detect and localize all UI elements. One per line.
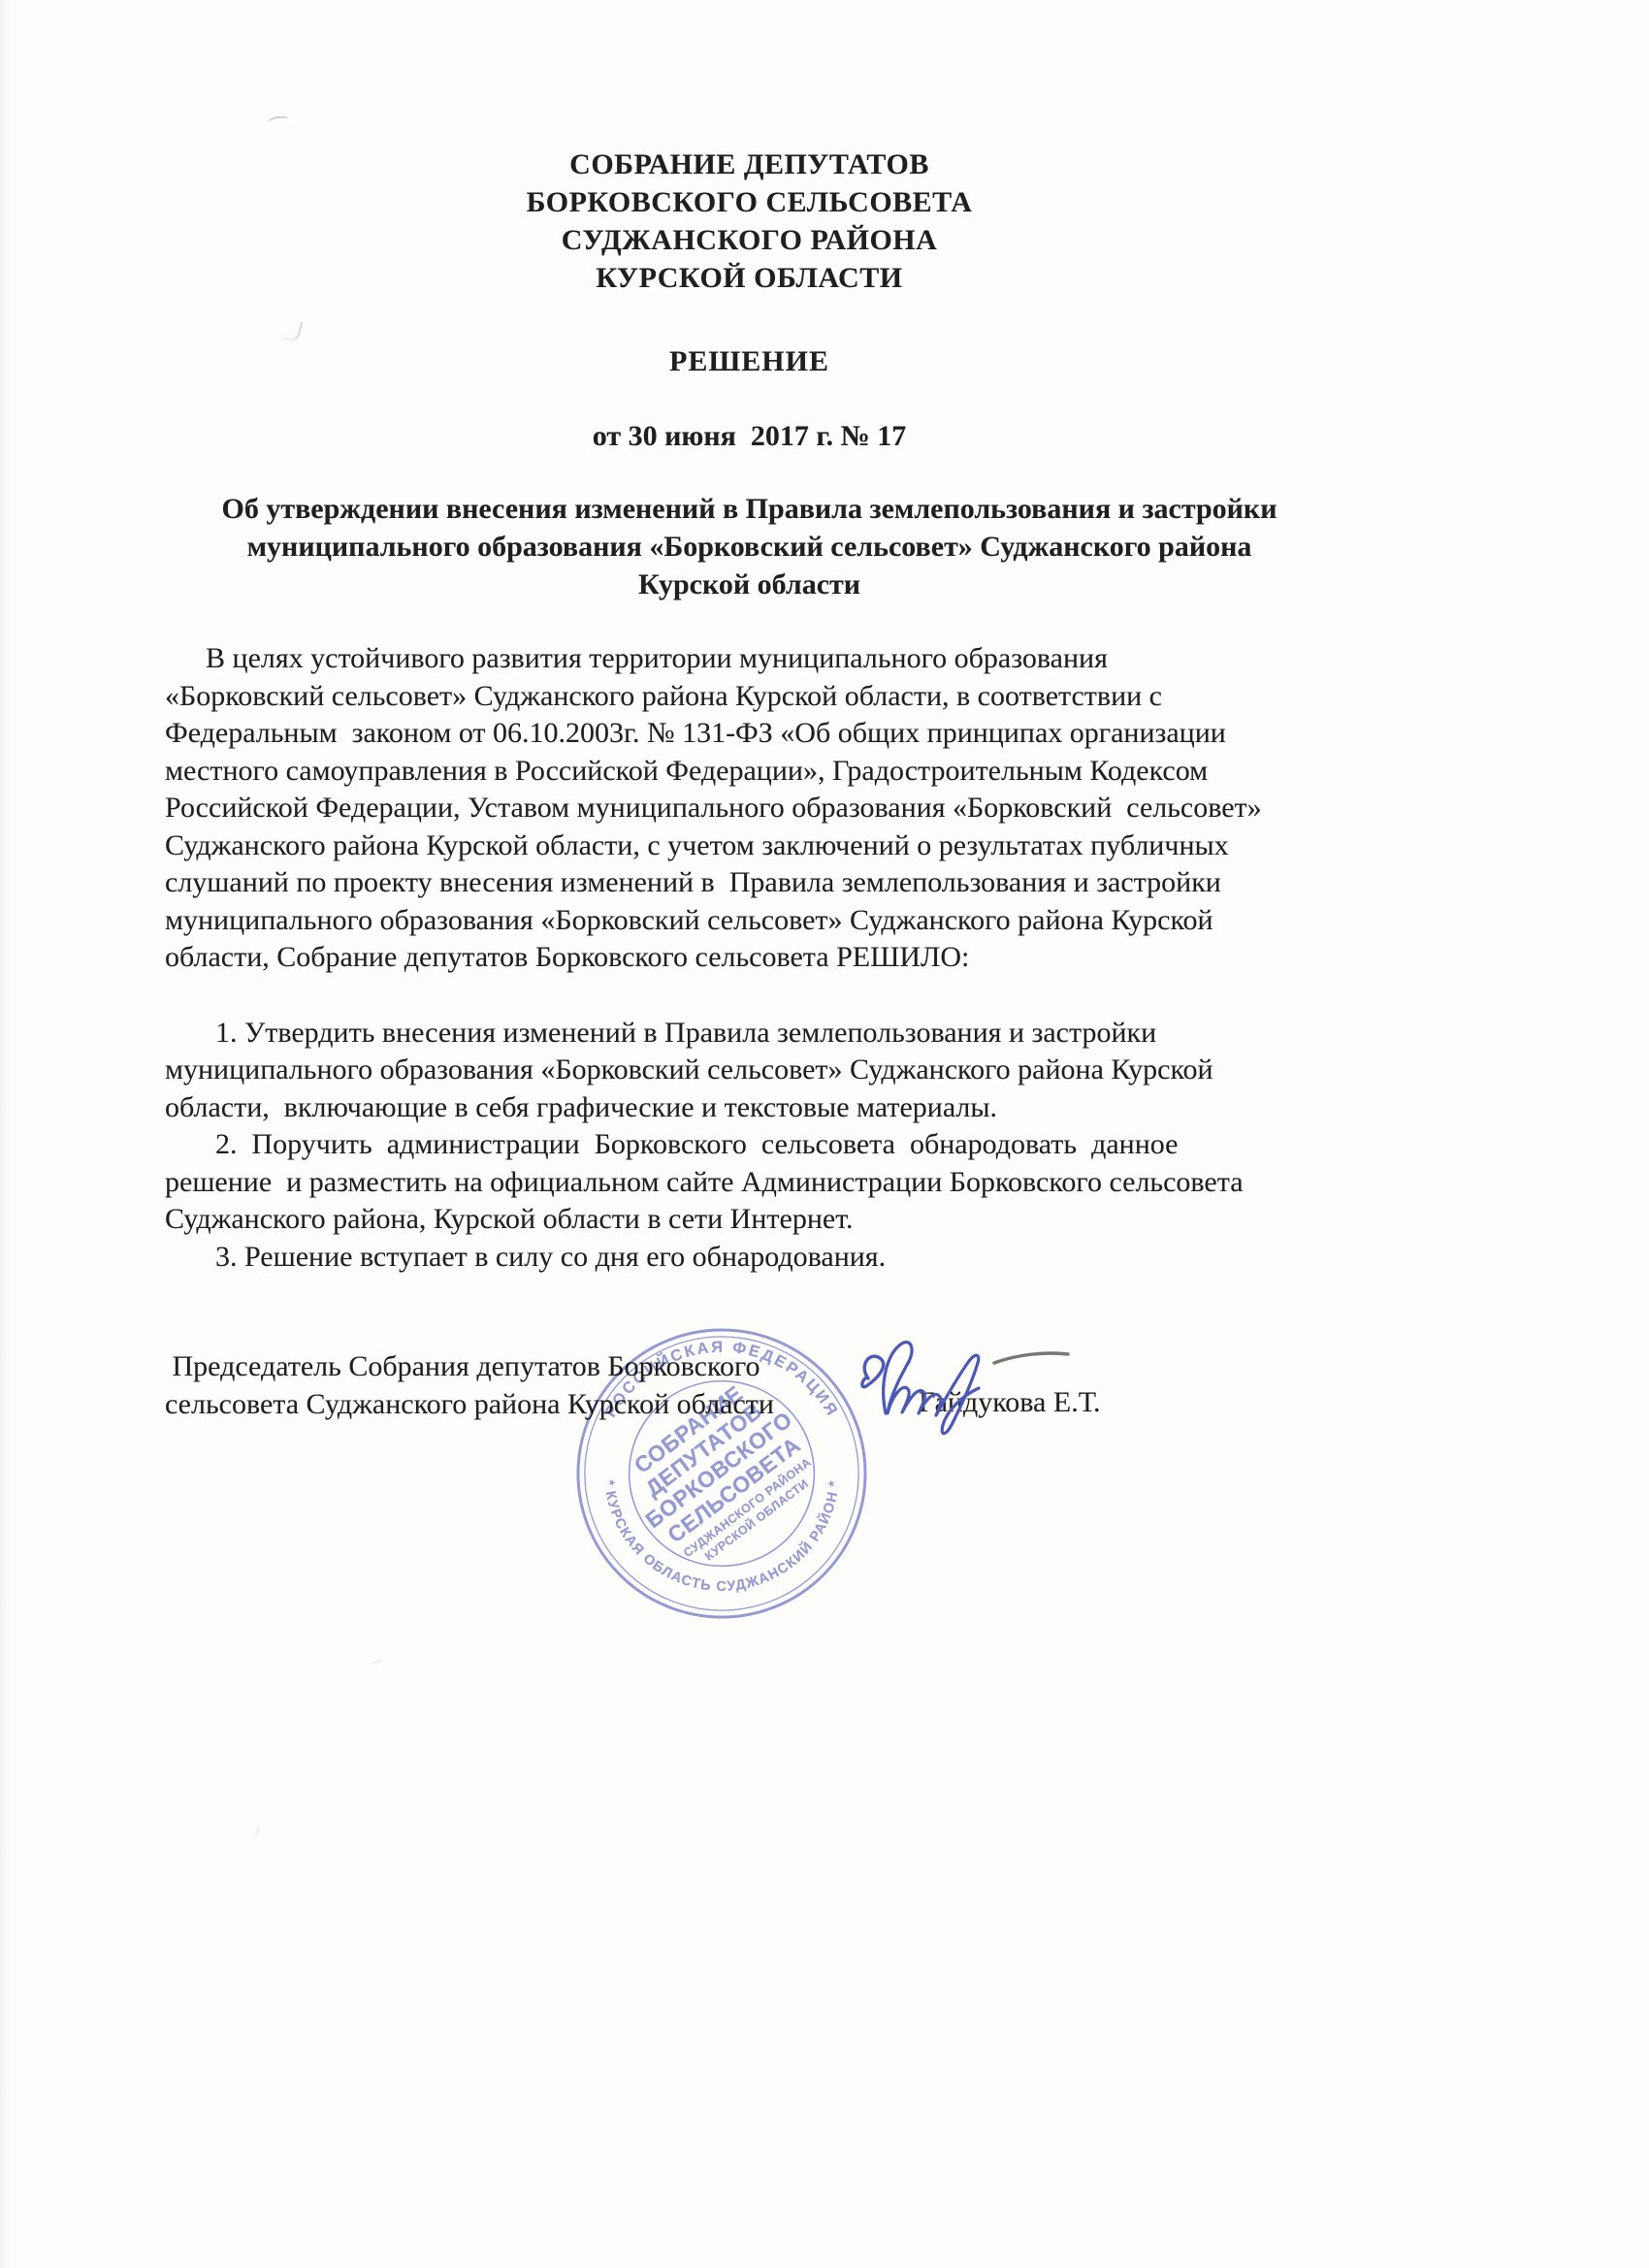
intro-paragraph: В целях устойчивого развития территории … bbox=[165, 640, 1334, 977]
document-body: СОБРАНИЕ ДЕПУТАТОВ БОРКОВСКОГО СЕЛЬСОВЕТ… bbox=[165, 146, 1334, 1644]
decision-item-1: 1. Утвердить внесения изменений в Правил… bbox=[165, 1015, 1334, 1127]
decision-items: 1. Утвердить внесения изменений в Правил… bbox=[165, 1015, 1334, 1277]
document-title: Об утверждении внесения изменений в Прав… bbox=[165, 490, 1334, 603]
document-date-number: от 30 июня 2017 г. № 17 bbox=[165, 417, 1334, 455]
official-stamp: РОССИЙСКАЯ ФЕДЕРАЦИЯ * КУРСКАЯ ОБЛАСТЬ С… bbox=[572, 1324, 871, 1623]
handwritten-signature bbox=[849, 1324, 1077, 1450]
organization-header: СОБРАНИЕ ДЕПУТАТОВ БОРКОВСКОГО СЕЛЬСОВЕТ… bbox=[165, 146, 1334, 297]
scan-artifact bbox=[372, 1660, 383, 1669]
document-type-heading: РЕШЕНИЕ bbox=[165, 342, 1334, 380]
scan-artifact bbox=[255, 1827, 266, 1837]
scanned-document-page: СОБРАНИЕ ДЕПУТАТОВ БОРКОВСКОГО СЕЛЬСОВЕТ… bbox=[0, 0, 1649, 2268]
decision-item-2: 2. Поручить администрации Борковского се… bbox=[165, 1126, 1334, 1239]
scan-artifact bbox=[267, 115, 289, 128]
signature-block: Председатель Собрания депутатов Борковск… bbox=[165, 1324, 1334, 1644]
